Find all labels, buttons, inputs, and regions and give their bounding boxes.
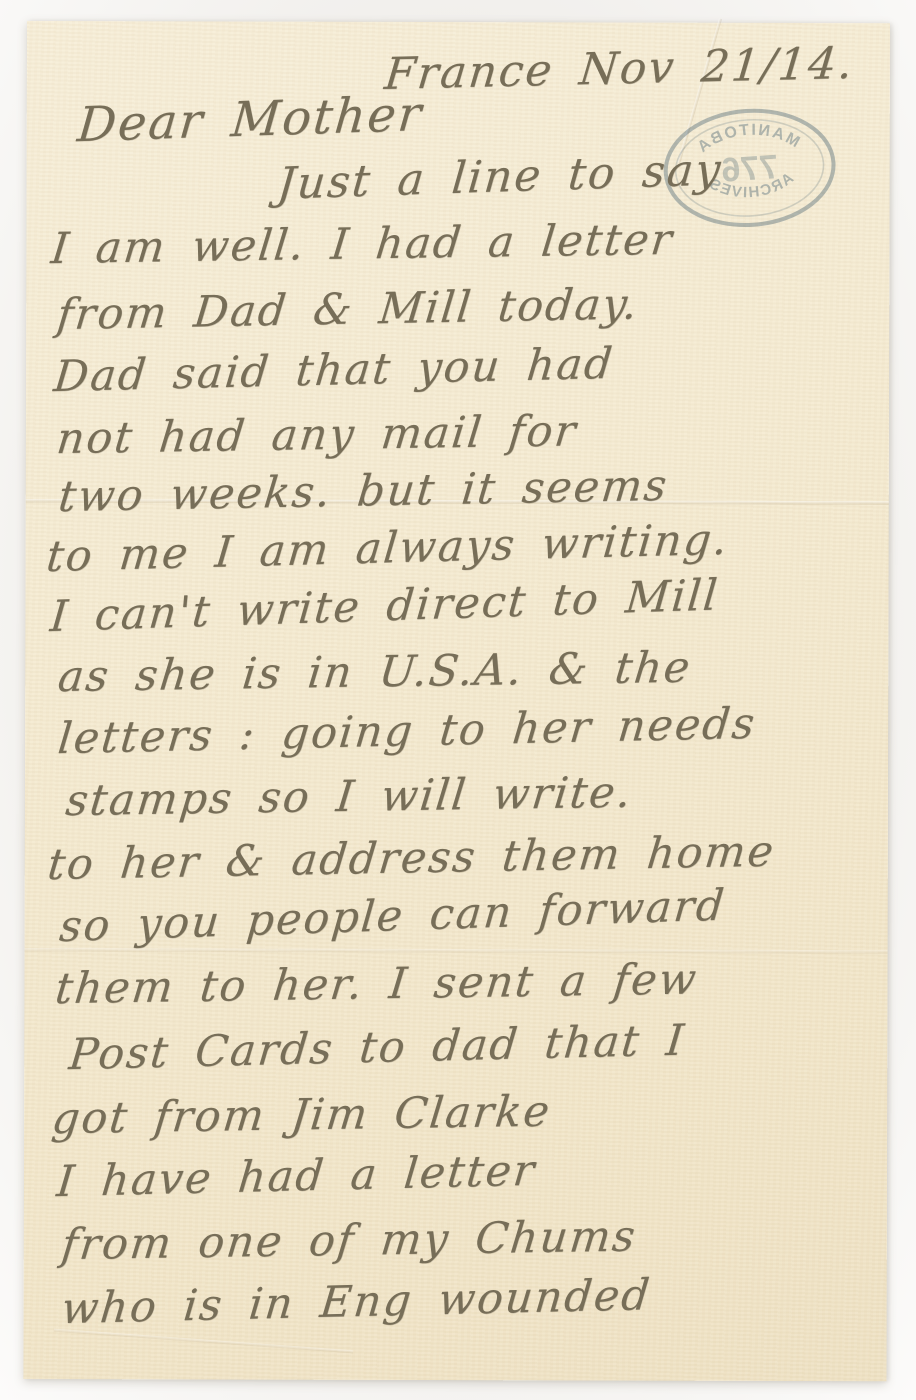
handwriting-line: as she is in U.S.A. & the xyxy=(56,643,694,702)
handwriting-line: stamps so I will write. xyxy=(63,768,635,826)
handwriting-line: I can't write direct to Mill xyxy=(48,570,721,642)
handwriting-line: I am well. I had a letter xyxy=(49,215,676,274)
handwriting-line: Post Cards to dad that I xyxy=(67,1016,688,1081)
handwriting-line: so you people can forward xyxy=(57,880,728,952)
handwriting-line: to her & address them home xyxy=(45,827,777,890)
handwriting-line: from Dad & Mill today. xyxy=(55,279,642,340)
handwriting-line: Dad said that you had xyxy=(52,339,617,402)
handwriting-line: Just a line to say xyxy=(275,144,724,210)
handwriting-lines: Just a line to sayI am well. I had a let… xyxy=(27,21,890,23)
handwriting-line: who is in Eng wounded xyxy=(59,1270,653,1334)
handwriting-line: to me I am always writing. xyxy=(44,515,731,582)
handwriting-line: letters : going to her needs xyxy=(56,699,759,764)
letter-page: MANITOBA 776 ARCHIVES France Nov 21/14. … xyxy=(23,21,890,1381)
handwriting-line: got from Jim Clarke xyxy=(49,1087,553,1144)
scanned-letter-screenshot: { "document": { "kind": "handwritten let… xyxy=(0,0,916,1400)
handwriting-line: two weeks. but it seems xyxy=(56,461,671,522)
handwriting-line: I have had a letter xyxy=(54,1146,538,1207)
letter-dateline: France Nov 21/14. xyxy=(382,38,856,100)
handwriting-line: from one of my Chums xyxy=(59,1212,639,1271)
handwriting-line: not had any mail for xyxy=(54,406,580,464)
handwriting-line: them to her. I sent a few xyxy=(53,955,701,1015)
letter-salutation: Dear Mother xyxy=(75,86,425,153)
